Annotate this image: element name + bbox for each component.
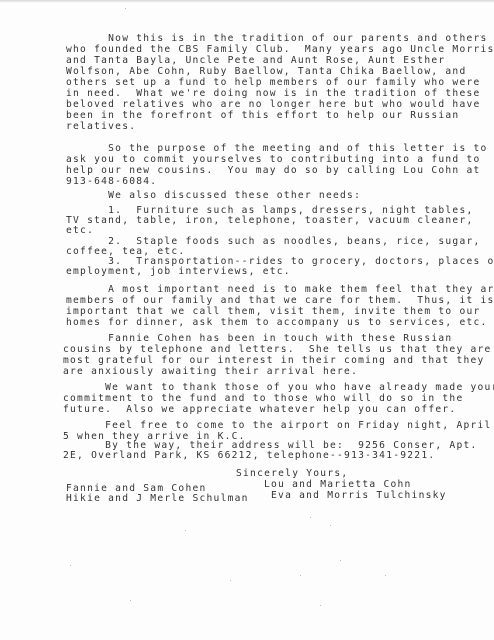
text-line: Wolfson, Abe Cohn, Ruby Baellow, Tanta C…	[66, 66, 466, 77]
scan-top-edge	[0, 0, 494, 3]
text-line: homes for dinner, ask them to accompany …	[66, 317, 488, 328]
text-line: Fannie Cohen has been in touch with thes…	[66, 333, 452, 344]
text-line: ask you to commit yourselves to contribu…	[66, 154, 481, 165]
text-line: others set up a fund to help members of …	[66, 77, 481, 88]
text-line: future. Also we appreciate whatever help…	[63, 404, 456, 415]
text-line: cousins by telephone and letters. She te…	[63, 344, 492, 355]
text-line: 2E, Overland Park, KS 66212, telephone--…	[63, 450, 435, 461]
text-line: help our new cousins. You may do so by c…	[66, 165, 481, 176]
text-line: A most important need is to make them fe…	[66, 284, 494, 295]
closing: Sincerely Yours,	[236, 468, 348, 479]
text-line: are anxiously awaiting their arrival her…	[63, 366, 358, 377]
signature-right: Eva and Morris Tulchinsky	[264, 490, 447, 501]
text-line: 913-648-6084.	[66, 176, 157, 187]
text-line: important that we call them, visit them,…	[66, 306, 481, 317]
signature-right: Lou and Marietta Cohn	[264, 479, 412, 490]
text-line: been in the forefront of this effort to …	[66, 110, 459, 121]
text-line: commitment to the fund and to those who …	[63, 393, 463, 404]
text-line: members of our family and that we care f…	[66, 295, 494, 306]
text-line: Feel free to come to the airport on Frid…	[63, 420, 492, 431]
text-line: most grateful for our interest in their …	[63, 355, 485, 366]
text-line: and Tanta Bayla, Uncle Pete and Aunt Ros…	[66, 55, 445, 66]
text-line: who founded the CBS Family Club. Many ye…	[66, 44, 494, 55]
text-line: beloved relatives who are no longer here…	[66, 99, 481, 110]
list-item-line: etc.	[66, 225, 94, 236]
signature-left: Hikie and J Merle Schulman	[66, 493, 249, 504]
text-line: in need. What we're doing now is in the …	[66, 88, 481, 99]
text-line: relatives.	[66, 121, 136, 132]
text-line: We also discussed these other needs:	[66, 190, 361, 201]
text-line: Now this is in the tradition of our pare…	[66, 33, 488, 44]
list-item-line: employment, job interviews, etc.	[66, 266, 291, 277]
letter-page: Now this is in the tradition of our pare…	[0, 0, 494, 640]
text-line: We want to thank those of you who have a…	[63, 382, 494, 393]
list-item-line: TV stand, table, iron, telephone, toaste…	[66, 215, 474, 226]
text-line: So the purpose of the meeting and of thi…	[66, 143, 488, 154]
